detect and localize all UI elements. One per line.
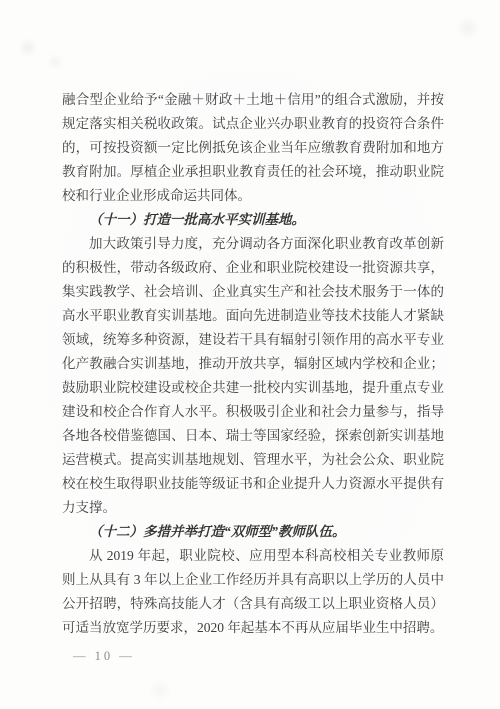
document-body: 融合型企业给予“金融＋财政＋土地＋信用”的组合式激励，并按规定落实相关税收政策。… (62, 88, 444, 664)
paragraph-continuation: 融合型企业给予“金融＋财政＋土地＋信用”的组合式激励，并按规定落实相关税收政策。… (62, 88, 444, 208)
page-number: — 10 — (62, 649, 444, 664)
paragraph-teacher-recruitment: 从 2019 年起，职业院校、应用型本科高校相关专业教师原则上从具有 3 年以上… (62, 544, 444, 640)
section-heading-12: （十二）多措并举打造“双师型”教师队伍。 (62, 520, 444, 544)
paragraph-training-bases: 加大政策引导力度，充分调动各方面深化职业教育改革创新的积极性，带动各级政府、企业… (62, 232, 444, 520)
section-heading-11: （十一）打造一批高水平实训基地。 (62, 208, 444, 232)
document-page: 融合型企业给予“金融＋财政＋土地＋信用”的组合式激励，并按规定落实相关税收政策。… (0, 0, 500, 709)
